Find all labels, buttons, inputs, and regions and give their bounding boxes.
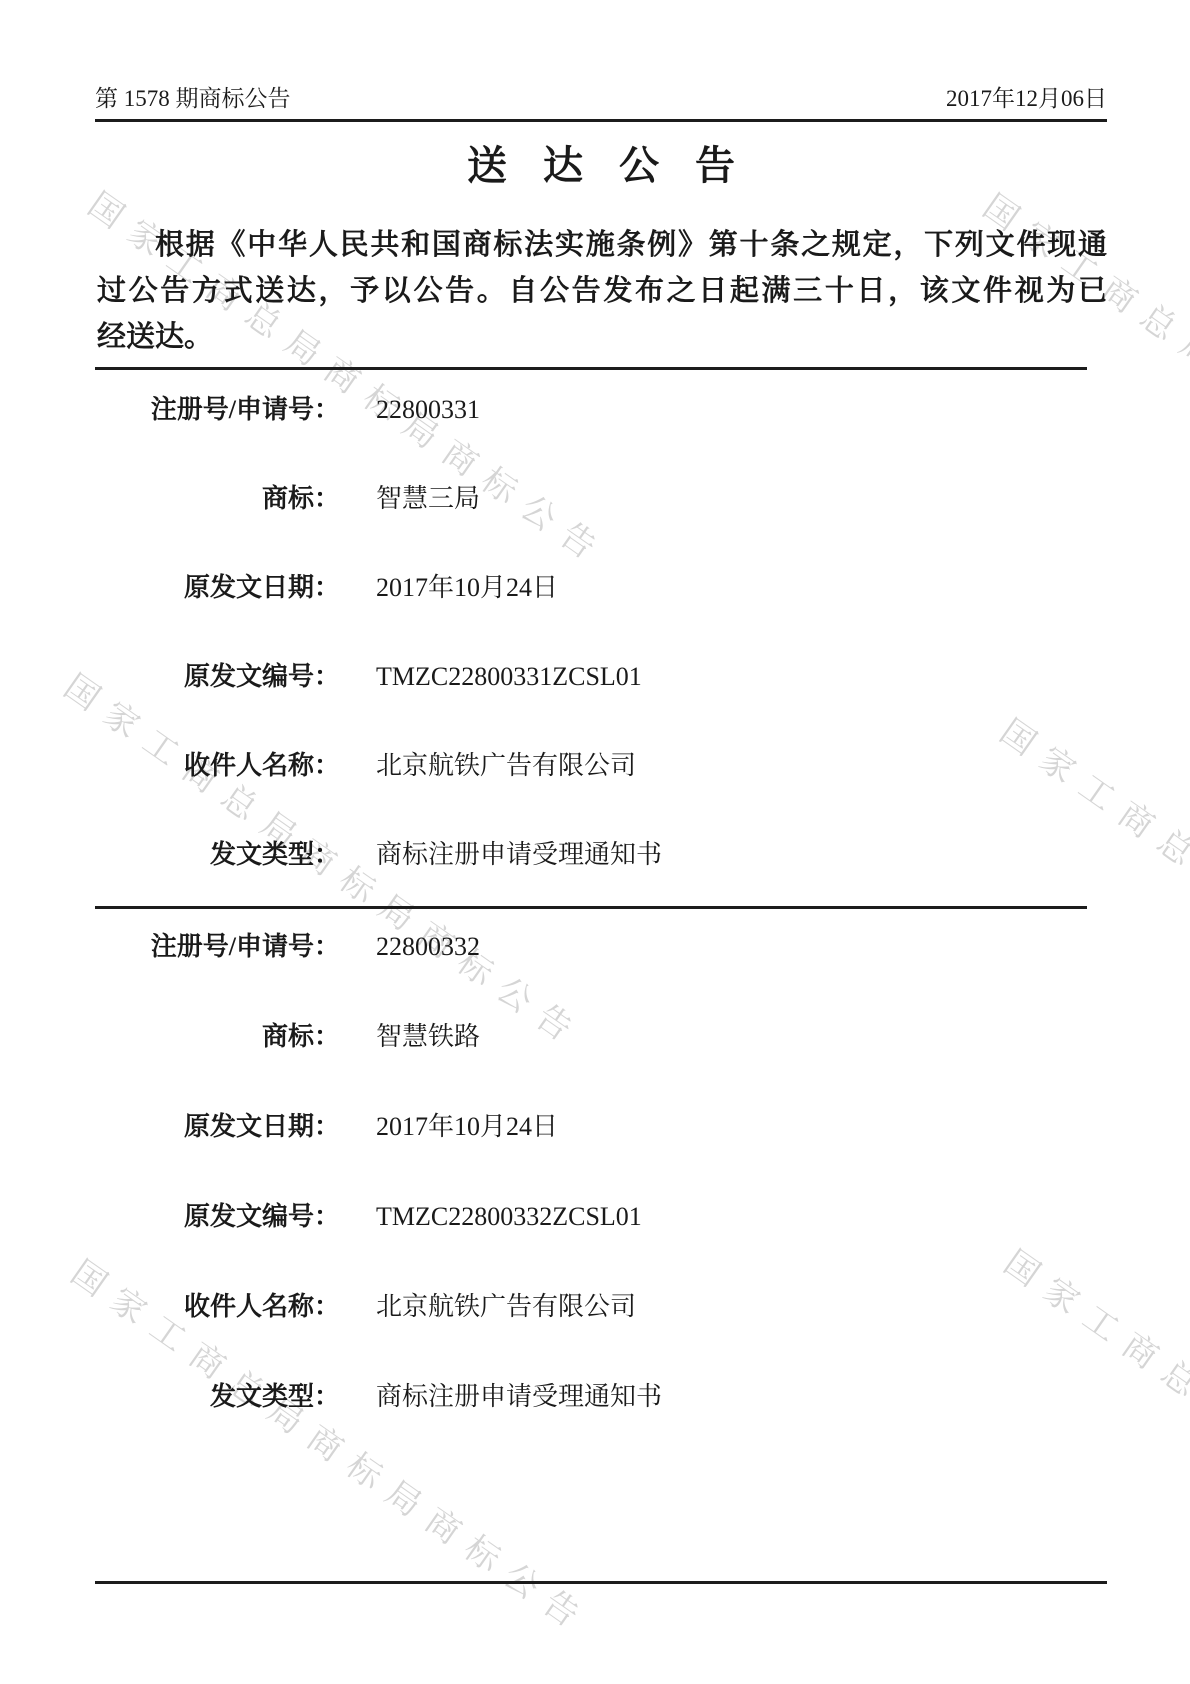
page-content: 第 1578 期商标公告 2017年12月06日 送达公告 根据《中华人民共和国… [0,0,1190,1684]
field-value: 商标注册申请受理通知书 [376,1380,662,1414]
field-row: 发文类型：商标注册申请受理通知书 [97,838,1089,874]
record-22800332: 注册号/申请号：22800332 商标：智慧铁路 原发文日期：2017年10月2… [97,930,1089,1450]
field-row: 原发文编号：TMZC22800331ZCSL01 [97,660,1089,696]
field-label: 收件人名称： [97,1290,340,1324]
field-value: 北京航铁广告有限公司 [376,1290,636,1324]
field-label: 商标： [97,1020,340,1054]
field-row: 原发文编号：TMZC22800332ZCSL01 [97,1200,1089,1236]
section-rule [95,906,1087,909]
field-label: 商标： [97,482,340,516]
field-label: 注册号/申请号： [97,393,340,427]
field-row: 原发文日期：2017年10月24日 [97,1110,1089,1146]
field-value: 智慧铁路 [376,1020,480,1054]
field-label: 原发文日期： [97,571,340,605]
field-row: 原发文日期：2017年10月24日 [97,571,1089,607]
field-row: 收件人名称：北京航铁广告有限公司 [97,749,1089,785]
field-row: 商标：智慧铁路 [97,1020,1089,1056]
field-label: 原发文编号： [97,660,340,694]
field-value: 22800332 [376,930,480,964]
header-rule [95,119,1107,122]
running-header: 第 1578 期商标公告 2017年12月06日 [95,84,1107,114]
field-row: 发文类型：商标注册申请受理通知书 [97,1380,1089,1416]
field-label: 收件人名称： [97,749,340,783]
field-row: 商标：智慧三局 [97,482,1089,518]
page-title: 送达公告 [95,142,1107,190]
field-value: 智慧三局 [376,482,480,516]
bottom-rule [95,1581,1107,1584]
field-label: 发文类型： [97,1380,340,1414]
field-value: 商标注册申请受理通知书 [376,838,662,872]
field-label: 注册号/申请号： [97,930,340,964]
field-row: 注册号/申请号：22800331 [97,393,1089,429]
gazette-date-label: 2017年12月06日 [946,84,1107,114]
field-value: 北京航铁广告有限公司 [376,749,636,783]
gazette-issue-label: 第 1578 期商标公告 [95,84,291,114]
intro-line: 经送达。 [97,314,1107,360]
field-value: 2017年10月24日 [376,571,558,605]
field-row: 注册号/申请号：22800332 [97,930,1089,966]
intro-paragraph: 根据《中华人民共和国商标法实施条例》第十条之规定，下列文件现通 过公告方式送达，… [97,222,1107,360]
field-label: 原发文日期： [97,1110,340,1144]
field-label: 原发文编号： [97,1200,340,1234]
field-value: 2017年10月24日 [376,1110,558,1144]
field-value: 22800331 [376,393,480,427]
field-label: 发文类型： [97,838,340,872]
intro-line: 过公告方式送达，予以公告。自公告发布之日起满三十日，该文件视为已 [97,268,1107,314]
gazette-page: 国家工商总局商标局商标公告 国家工商总局商标局商标公告 国家工商总局商标局商标公… [0,0,1190,1684]
record-22800331: 注册号/申请号：22800331 商标：智慧三局 原发文日期：2017年10月2… [97,393,1089,908]
section-rule [95,367,1087,370]
field-value: TMZC22800331ZCSL01 [376,660,642,694]
field-value: TMZC22800332ZCSL01 [376,1200,642,1234]
intro-line: 根据《中华人民共和国商标法实施条例》第十条之规定，下列文件现通 [97,222,1107,268]
field-row: 收件人名称：北京航铁广告有限公司 [97,1290,1089,1326]
